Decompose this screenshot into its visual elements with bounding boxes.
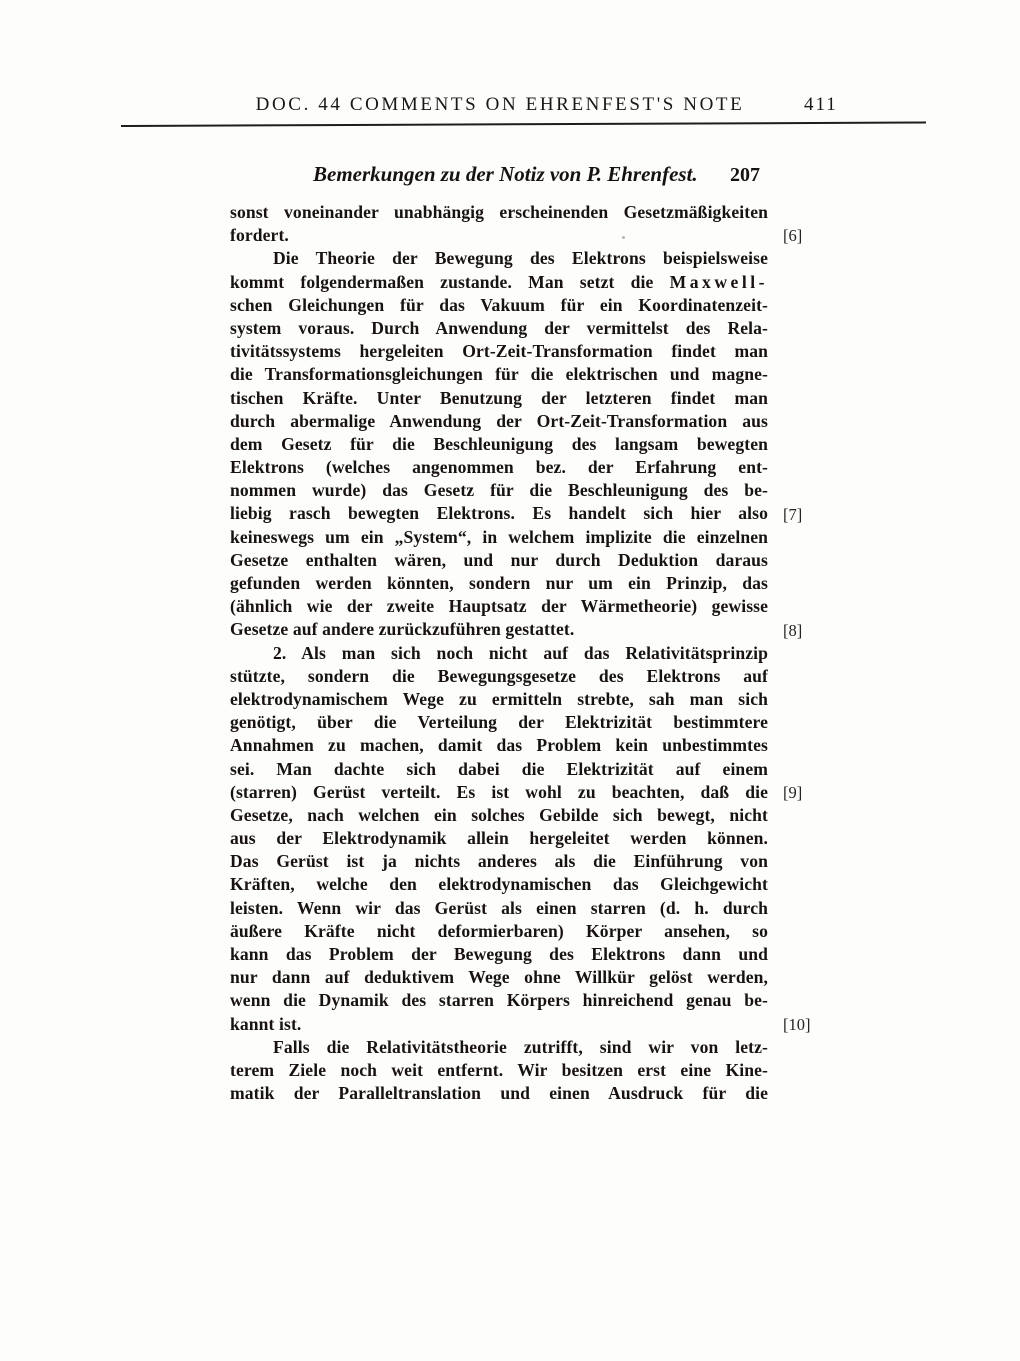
text-line: Annahmen zu machen, damit das Problem ke… bbox=[230, 734, 768, 757]
text-line: Gesetze auf andere zurückzuführen gestat… bbox=[230, 618, 768, 641]
text-line: tischen Kräfte. Unter Benutzung der letz… bbox=[230, 387, 768, 410]
text-line: die Transformationsgleichungen für die e… bbox=[230, 363, 768, 386]
text-line: Die Theorie der Bewegung des Elektrons b… bbox=[230, 247, 768, 270]
margin-note: [10] bbox=[783, 1013, 811, 1036]
scanned-book-page: DOC. 44 COMMENTS ON EHRENFEST'S NOTE 411… bbox=[0, 0, 1020, 1361]
header-rule bbox=[121, 121, 926, 127]
text-line: matik der Paralleltranslation und einen … bbox=[230, 1082, 768, 1105]
text-line: aus der Elektrodynamik allein hergeleite… bbox=[230, 827, 768, 850]
text-line: sonst voneinander unabhängig erscheinend… bbox=[230, 201, 768, 224]
text-line: sei. Man dachte sich dabei die Elektrizi… bbox=[230, 758, 768, 781]
text-line: liebig rasch bewegten Elektrons. Es hand… bbox=[230, 502, 768, 525]
text-line: genötigt, über die Verteilung der Elektr… bbox=[230, 711, 768, 734]
text-line: dem Gesetz für die Beschleunigung des la… bbox=[230, 433, 768, 456]
text-line: Elektrons (welches angenommen bez. der E… bbox=[230, 456, 768, 479]
text-line: (ähnlich wie der zweite Hauptsatz der Wä… bbox=[230, 595, 768, 618]
text-line: fordert. bbox=[230, 224, 768, 247]
text-line: wenn die Dynamik des starren Körpers hin… bbox=[230, 989, 768, 1012]
scan-artifact bbox=[622, 236, 625, 239]
text-line: Gesetze, nach welchen ein solches Gebild… bbox=[230, 804, 768, 827]
text-line: leisten. Wenn wir das Gerüst als einen s… bbox=[230, 897, 768, 920]
text-line: Das Gerüst ist ja nichts anderes als die… bbox=[230, 850, 768, 873]
article-title: Bemerkungen zu der Notiz von P. Ehrenfes… bbox=[313, 162, 698, 187]
body-text: sonst voneinander unabhängig erscheinend… bbox=[230, 201, 768, 1105]
letterspaced-word: Maxwell- bbox=[670, 272, 768, 292]
running-header-title: DOC. 44 COMMENTS ON EHRENFEST'S NOTE bbox=[230, 94, 770, 116]
running-header-page-number: 411 bbox=[804, 94, 838, 116]
text-line: kannt ist. bbox=[230, 1013, 768, 1036]
text-line: tivitätssystems hergeleiten Ort-Zeit-Tra… bbox=[230, 340, 768, 363]
text-line: elektrodynamischem Wege zu ermitteln str… bbox=[230, 688, 768, 711]
text-line: kann das Problem der Bewegung des Elektr… bbox=[230, 943, 768, 966]
text-line: terem Ziele noch weit entfernt. Wir besi… bbox=[230, 1059, 768, 1082]
margin-note: [9] bbox=[783, 781, 802, 804]
text-line: stützte, sondern die Bewegungsgesetze de… bbox=[230, 665, 768, 688]
text-line: gefunden werden könnten, sondern nur um … bbox=[230, 572, 768, 595]
text-line: nur dann auf deduktivem Wege ohne Willkü… bbox=[230, 966, 768, 989]
text-line: durch abermalige Anwendung der Ort-Zeit-… bbox=[230, 410, 768, 433]
article-header: Bemerkungen zu der Notiz von P. Ehrenfes… bbox=[313, 162, 760, 187]
text-line: keineswegs um ein „System“, in welchem i… bbox=[230, 526, 768, 549]
text-line: system voraus. Durch Anwendung der vermi… bbox=[230, 317, 768, 340]
text-line: äußere Kräfte nicht deformierbaren) Körp… bbox=[230, 920, 768, 943]
text-line: schen Gleichungen für das Vakuum für ein… bbox=[230, 294, 768, 317]
text-line: 2. Als man sich noch nicht auf das Relat… bbox=[230, 642, 768, 665]
text-line: nommen wurde) das Gesetz für die Beschle… bbox=[230, 479, 768, 502]
margin-note: [6] bbox=[783, 224, 802, 247]
text-line: (starren) Gerüst verteilt. Es ist wohl z… bbox=[230, 781, 768, 804]
text-line: Gesetze enthalten wären, und nur durch D… bbox=[230, 549, 768, 572]
text-line: Falls die Relativitätstheorie zutrifft, … bbox=[230, 1036, 768, 1059]
margin-note: [8] bbox=[783, 619, 802, 642]
text-line: Kräften, welche den elektrodynamischen d… bbox=[230, 873, 768, 896]
article-page-number: 207 bbox=[730, 164, 760, 187]
text-line: kommt folgendermaßen zustande. Man setzt… bbox=[230, 271, 768, 294]
margin-note: [7] bbox=[783, 503, 802, 526]
